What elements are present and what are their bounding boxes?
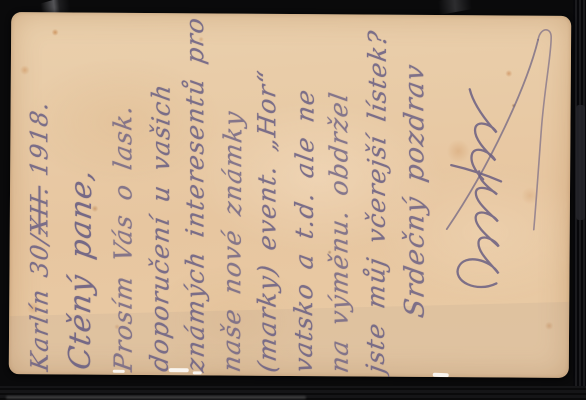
scan-glint (113, 370, 125, 373)
scan-glint (193, 371, 202, 374)
backdrop-smudge (6, 396, 306, 399)
postcard: Karlín30/XII.1918. Ctěný pane, Prosím Vá… (9, 12, 572, 378)
scan-glint (169, 368, 189, 372)
scan-glint (433, 373, 449, 378)
signature-flourish (9, 12, 572, 378)
backdrop-grain-patch (576, 105, 585, 220)
postcard-scan: Karlín30/XII.1918. Ctěný pane, Prosím Vá… (0, 0, 586, 400)
